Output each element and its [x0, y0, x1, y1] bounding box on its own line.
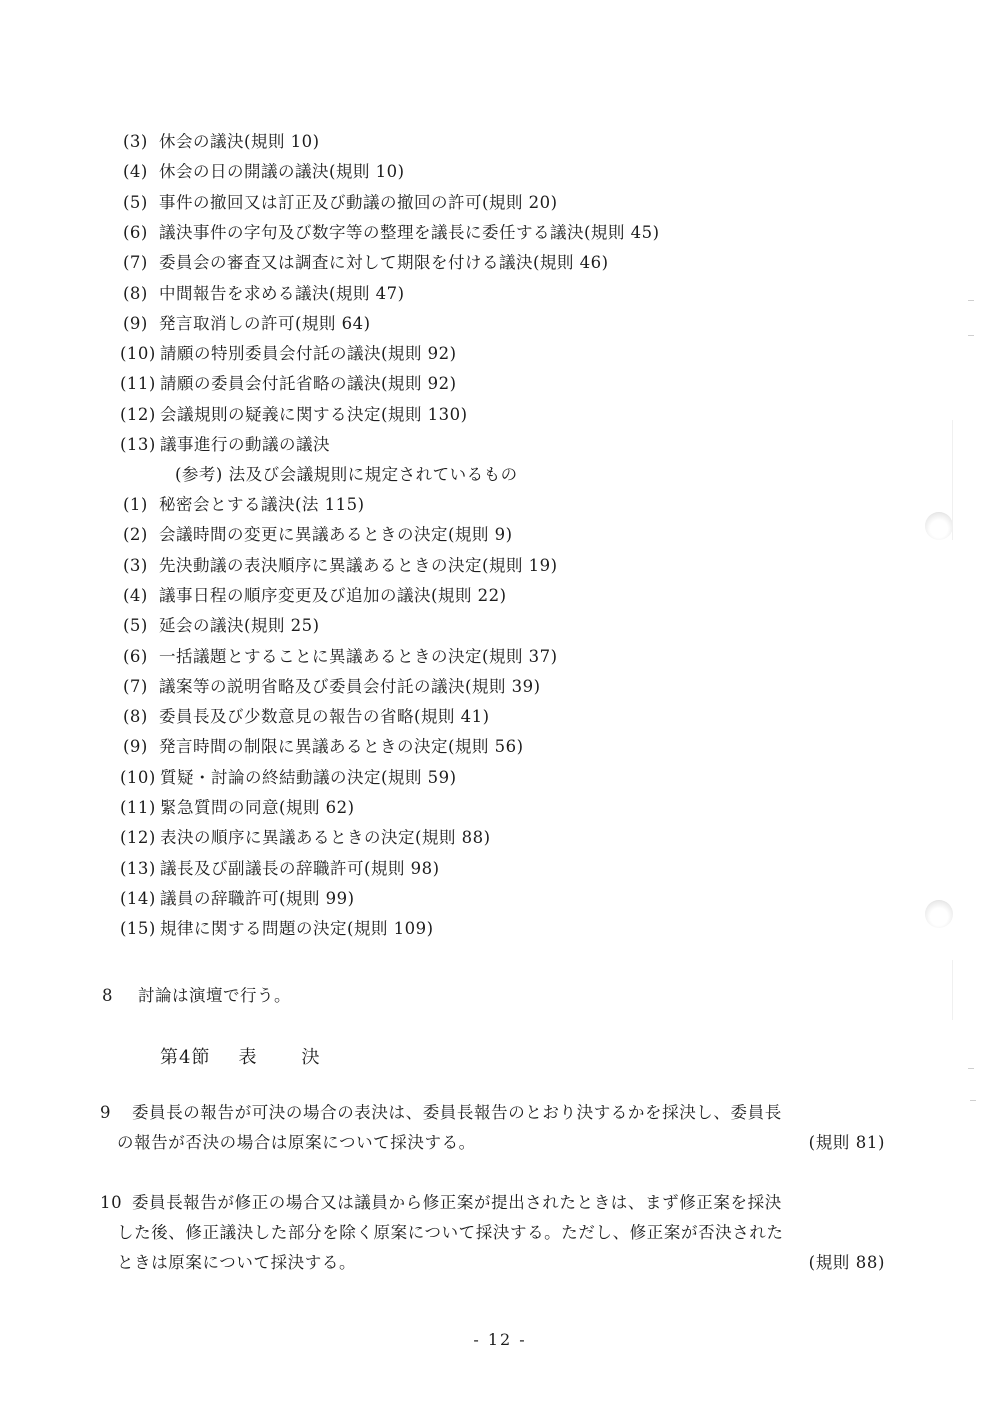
list-item: (7)委員会の審査又は調査に対して期限を付ける議決(規則 46): [123, 252, 609, 274]
item-8: 8討論は演壇で行う。: [102, 985, 291, 1007]
list-item-text: 休会の議決(規則 10): [159, 132, 320, 151]
document-page: (3)休会の議決(規則 10)(4)休会の日の開議の議決(規則 10)(5)事件…: [0, 0, 1000, 1428]
list-item-text: 先決動議の表決順序に異議あるときの決定(規則 19): [159, 556, 558, 575]
list-item-text: 委員長及び少数意見の報告の省略(規則 41): [159, 707, 490, 726]
list-item: (5)延会の議決(規則 25): [123, 615, 320, 637]
list-item: (7)議案等の説明省略及び委員会付託の議決(規則 39): [123, 676, 541, 698]
list-item: (1)秘密会とする議決(法 115): [123, 494, 365, 516]
list-item-number: (14): [120, 888, 160, 910]
list-item-text: 発言取消しの許可(規則 64): [159, 314, 371, 333]
list-item-text: 事件の撤回又は訂正及び動議の撤回の許可(規則 20): [159, 193, 558, 212]
list-item: (9)発言時間の制限に異議あるときの決定(規則 56): [123, 736, 524, 758]
list-item-number: (2): [123, 524, 159, 546]
list-item: (8)中間報告を求める議決(規則 47): [123, 283, 405, 305]
list-item-number: (6): [123, 646, 159, 668]
list-item-number: (3): [123, 131, 159, 153]
list-item: (6)一括議題とすることに異議あるときの決定(規則 37): [123, 646, 558, 668]
list-item-text: 緊急質問の同意(規則 62): [160, 798, 355, 817]
list-item: (6)議決事件の字句及び数字等の整理を議長に委任する議決(規則 45): [123, 222, 660, 244]
list-item: (13)議事進行の動議の議決: [120, 434, 330, 456]
list-item-number: (15): [120, 918, 160, 940]
list-item: (10)請願の特別委員会付託の議決(規則 92): [120, 343, 457, 365]
list-item-number: (5): [123, 615, 159, 637]
list-item: (15)規律に関する問題の決定(規則 109): [120, 918, 434, 940]
list-item: (10)質疑・討論の終結動議の決定(規則 59): [120, 767, 457, 789]
section-heading: 第4節表決: [160, 1043, 320, 1069]
list-item-text: 議事進行の動議の議決: [160, 435, 330, 454]
list-item: (13)議長及び副議長の辞職許可(規則 98): [120, 858, 440, 880]
list-item-number: (6): [123, 222, 159, 244]
item-10-line-1: 委員長報告が修正の場合又は議員から修正案が提出されたときは、まず修正案を採決: [132, 1193, 782, 1212]
list-item: (11)緊急質問の同意(規則 62): [120, 797, 355, 819]
list-item: (12)表決の順序に異議あるときの決定(規則 88): [120, 827, 491, 849]
list-item: (3)先決動議の表決順序に異議あるときの決定(規則 19): [123, 555, 558, 577]
list-item: (5)事件の撤回又は訂正及び動議の撤回の許可(規則 20): [123, 192, 558, 214]
list-item-text: 議事日程の順序変更及び追加の議決(規則 22): [159, 586, 507, 605]
list-item: (14)議員の辞職許可(規則 99): [120, 888, 355, 910]
item-9-line-2: の報告が否決の場合は原案について採決する。: [117, 1133, 476, 1152]
list-item-number: (8): [123, 706, 159, 728]
list-item-number: (5): [123, 192, 159, 214]
list-item-number: (8): [123, 283, 159, 305]
scan-speck: [968, 1068, 974, 1069]
list-item-number: (13): [120, 434, 160, 456]
punch-hole-artifact: [925, 900, 953, 928]
list-item-number: (3): [123, 555, 159, 577]
list-item-text: 質疑・討論の終結動議の決定(規則 59): [160, 768, 457, 787]
list-item-number: (12): [120, 827, 160, 849]
list-item-number: (4): [123, 161, 159, 183]
list-item: (11)請願の委員会付託省略の議決(規則 92): [120, 373, 457, 395]
item-10: 10委員長報告が修正の場合又は議員から修正案が提出されたときは、まず修正案を採決…: [100, 1188, 885, 1278]
scan-line: [952, 960, 953, 1020]
list-item-number: (4): [123, 585, 159, 607]
scan-speck: [968, 335, 974, 336]
list-item-text: 延会の議決(規則 25): [159, 616, 320, 635]
item-9-reference: (規則 81): [809, 1128, 885, 1158]
list-item-text: 表決の順序に異議あるときの決定(規則 88): [160, 828, 491, 847]
item-10-line-2: した後、修正議決した部分を除く原案について採決する。ただし、修正案が否決された: [117, 1223, 784, 1242]
list-item-text: 発言時間の制限に異議あるときの決定(規則 56): [159, 737, 524, 756]
list-item-text: 議長及び副議長の辞職許可(規則 98): [160, 859, 440, 878]
list-item-number: (12): [120, 404, 160, 426]
item-8-text: 討論は演壇で行う。: [138, 986, 291, 1005]
list-item: (2)会議時間の変更に異議あるときの決定(規則 9): [123, 524, 513, 546]
list-item-text: 請願の委員会付託省略の議決(規則 92): [160, 374, 457, 393]
list-item-text: 一括議題とすることに異議あるときの決定(規則 37): [159, 647, 558, 666]
scan-line: [952, 420, 953, 540]
list-item-text: 議決事件の字句及び数字等の整理を議長に委任する議決(規則 45): [159, 223, 660, 242]
list-item-text: 中間報告を求める議決(規則 47): [159, 284, 405, 303]
punch-hole-artifact: [925, 512, 953, 540]
list-item: (4)議事日程の順序変更及び追加の議決(規則 22): [123, 585, 507, 607]
list-item-text: 委員会の審査又は調査に対して期限を付ける議決(規則 46): [159, 253, 609, 272]
scan-speck: [970, 1100, 976, 1101]
item-10-reference: (規則 88): [809, 1248, 885, 1278]
section-number: 第4節: [160, 1047, 210, 1068]
list-item: (8)委員長及び少数意見の報告の省略(規則 41): [123, 706, 490, 728]
list-item-text: 休会の日の開議の議決(規則 10): [159, 162, 405, 181]
scan-speck: [968, 300, 974, 301]
list-item-text: 規律に関する問題の決定(規則 109): [160, 919, 434, 938]
item-10-number: 10: [100, 1188, 132, 1218]
list-item-number: (10): [120, 767, 160, 789]
reference-note: (参考) 法及び会議規則に規定されているもの: [175, 464, 518, 486]
item-9: 9委員長の報告が可決の場合の表決は、委員長報告のとおり決するかを採決し、委員長 …: [100, 1098, 885, 1158]
list-item-number: (1): [123, 494, 159, 516]
page-number: - 12 -: [0, 1330, 1000, 1349]
list-item: (12)会議規則の疑義に関する決定(規則 130): [120, 404, 468, 426]
list-item-number: (11): [120, 797, 160, 819]
list-item-number: (7): [123, 676, 159, 698]
list-item: (3)休会の議決(規則 10): [123, 131, 320, 153]
list-item-text: 議案等の説明省略及び委員会付託の議決(規則 39): [159, 677, 541, 696]
list-item-number: (10): [120, 343, 160, 365]
list-item-text: 秘密会とする議決(法 115): [159, 495, 365, 514]
list-item-number: (11): [120, 373, 160, 395]
item-9-line-1: 委員長の報告が可決の場合の表決は、委員長報告のとおり決するかを採決し、委員長: [132, 1103, 782, 1122]
list-item-text: 議員の辞職許可(規則 99): [160, 889, 355, 908]
list-item: (9)発言取消しの許可(規則 64): [123, 313, 371, 335]
list-item-number: (7): [123, 252, 159, 274]
list-item-number: (13): [120, 858, 160, 880]
list-item-text: 請願の特別委員会付託の議決(規則 92): [160, 344, 457, 363]
list-item-text: 会議規則の疑義に関する決定(規則 130): [160, 405, 468, 424]
section-title-2: 決: [301, 1047, 320, 1068]
item-8-number: 8: [102, 985, 138, 1007]
list-item-text: 会議時間の変更に異議あるときの決定(規則 9): [159, 525, 513, 544]
list-item-number: (9): [123, 736, 159, 758]
list-item-number: (9): [123, 313, 159, 335]
list-item: (4)休会の日の開議の議決(規則 10): [123, 161, 405, 183]
item-9-number: 9: [100, 1098, 132, 1128]
section-title-1: 表: [238, 1047, 257, 1068]
item-10-line-3: ときは原案について採決する。: [117, 1253, 356, 1272]
